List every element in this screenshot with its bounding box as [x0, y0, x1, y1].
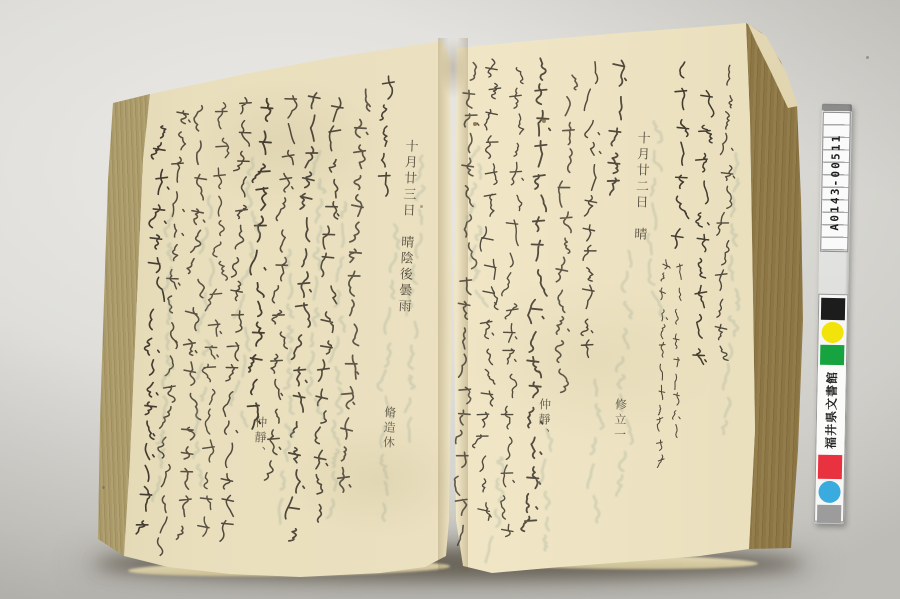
page-speck [420, 205, 423, 208]
right-page-annotation-shuritsu: 修立一 [611, 398, 630, 444]
color-patch-yellow [821, 322, 843, 343]
institution-label: 福井県文書館 [816, 366, 846, 455]
color-patch-black [821, 298, 845, 320]
right-page-date-heading: 十月廿二日 晴 [629, 131, 652, 244]
left-page-annotation-shuzo: 脩造休 [380, 406, 399, 452]
handwriting-ink-layer [0, 0, 900, 599]
color-patch-red [818, 455, 842, 479]
left-page-annotation-nakashizu: 仲靜、 [251, 416, 270, 462]
institution-text: 福井県文書館 [822, 371, 840, 449]
table-speck [866, 56, 869, 59]
page-stain [542, 119, 546, 123]
call-number-text: A0143-00511 [828, 133, 843, 230]
call-number-plate: A0143-00511 [820, 112, 851, 253]
page-stain [473, 122, 477, 126]
color-patch-blue [818, 481, 840, 503]
color-patch-gray [817, 505, 841, 523]
right-page-annotation-nakashizu: 仲靜、 [535, 398, 554, 444]
photograph-of-open-manuscript: 十月廿二日 晴 十月廿三日 晴陰後曇雨 修立一 仲靜、 脩造休 仲靜、 A014… [0, 0, 900, 599]
color-chart-plate: 福井県文書館 [814, 294, 848, 523]
table-speck [102, 486, 105, 489]
color-patch-green [820, 345, 844, 365]
